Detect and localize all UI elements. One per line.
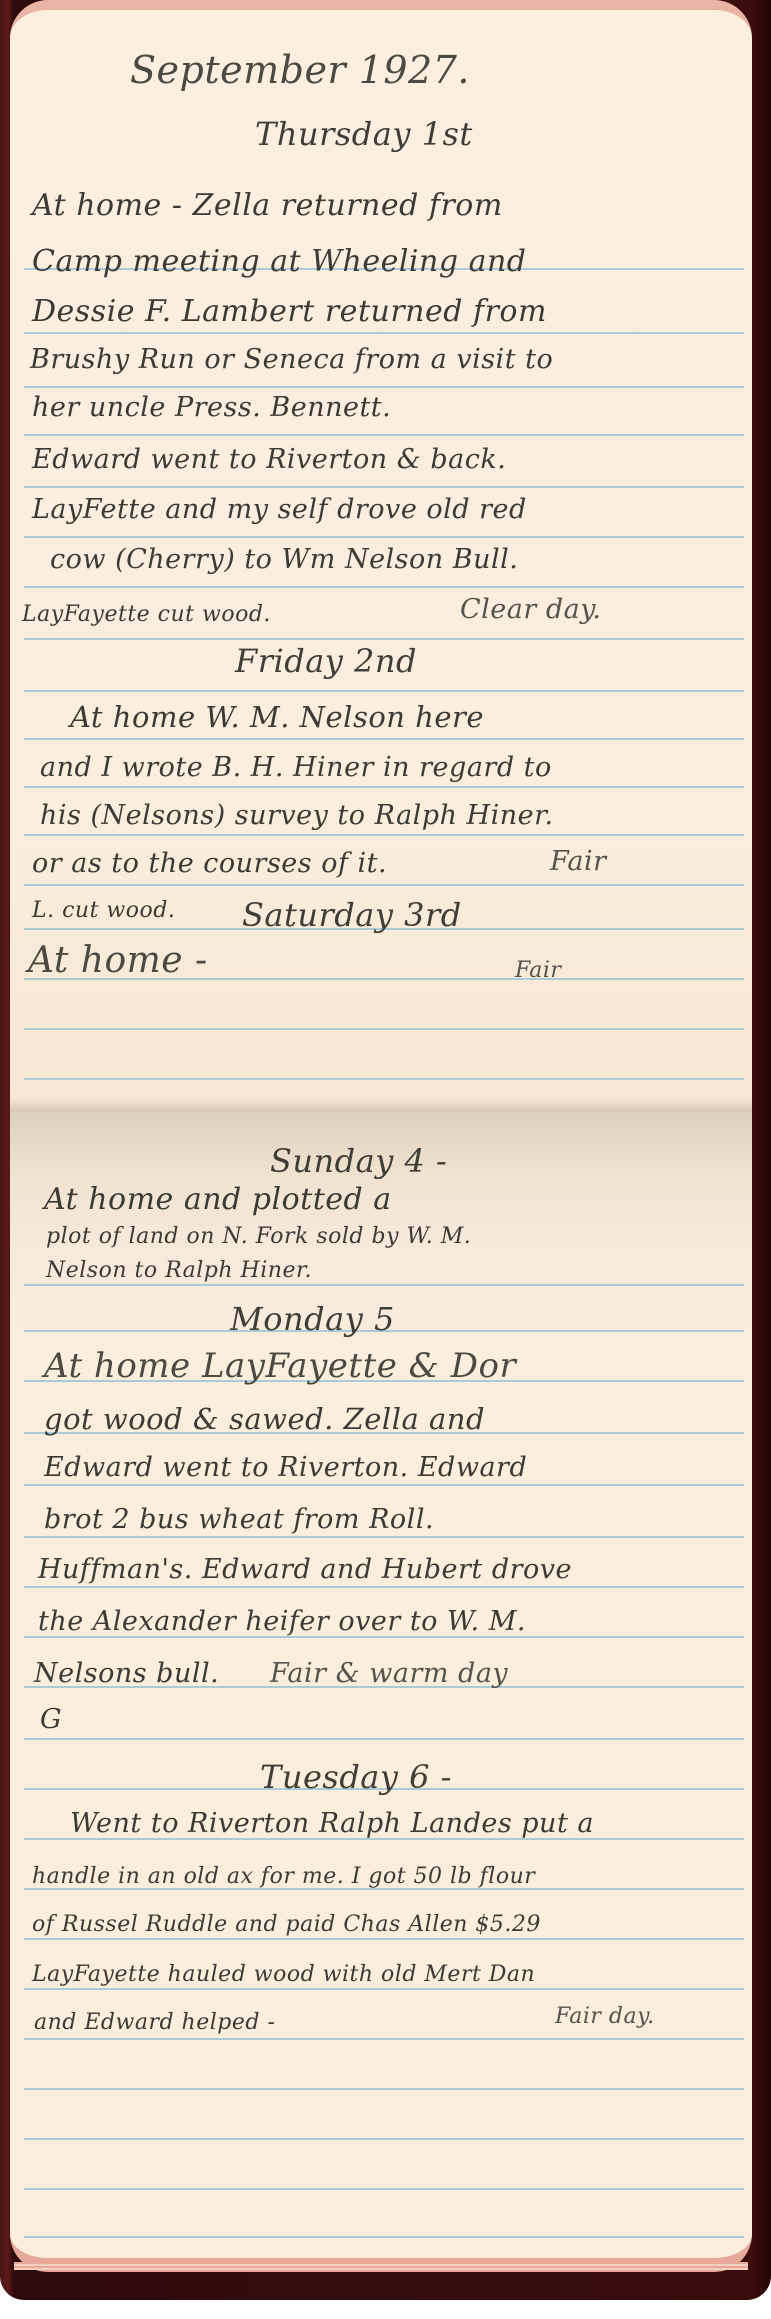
entry-line: At home - Zella returned from (32, 188, 503, 223)
entry-line: G (40, 1704, 62, 1735)
entry-line: got wood & sawed. Zella and (44, 1402, 485, 1436)
rule-line (24, 2038, 744, 2040)
entry-line: her uncle Press. Bennett. (32, 392, 391, 423)
rule-line (24, 884, 744, 886)
entry-line: At home - (28, 940, 208, 981)
entry-line: Nelson to Ralph Hiner. (46, 1258, 312, 1283)
entry-day-heading: Tuesday 6 - (260, 1758, 452, 1796)
entry-line: Nelsons bull. (34, 1658, 219, 1689)
entry-line: Edward went to Riverton & back. (32, 444, 506, 475)
entry-line: or as to the courses of it. (32, 848, 387, 879)
rule-line (24, 690, 744, 692)
weather-note: Fair day. (555, 2004, 655, 2029)
weather-note: Fair & warm day (270, 1658, 508, 1689)
rule-line (24, 786, 744, 788)
entry-line: Edward went to Riverton. Edward (44, 1452, 527, 1483)
rule-line (24, 1536, 744, 1538)
diary-page-bottom: Sunday 4 - At home and plotted a plot of… (10, 1112, 752, 2272)
entry-line: brot 2 bus wheat from Roll. (44, 1504, 434, 1535)
rule-line (24, 386, 744, 388)
entry-line: At home LayFayette & Dor (44, 1346, 516, 1386)
rule-line (24, 1078, 744, 1080)
rule-line (24, 486, 744, 488)
rule-line (24, 1938, 744, 1940)
rule-line (24, 1586, 744, 1588)
rule-line (24, 1028, 744, 1030)
rule-line (24, 2188, 744, 2190)
entry-day-heading: Friday 2nd (235, 642, 417, 680)
rule-line (24, 1738, 744, 1740)
entry-day-heading: Monday 5 (230, 1300, 395, 1338)
page-edges (14, 2262, 748, 2270)
entry-line: of Russel Ruddle and paid Chas Allen $5.… (32, 1912, 541, 1937)
entry-line: Brushy Run or Seneca from a visit to (30, 344, 553, 375)
entry-line: and I wrote B. H. Hiner in regard to (40, 752, 552, 783)
entry-line: Huffman's. Edward and Hubert drove (38, 1554, 572, 1585)
rule-line (24, 2236, 744, 2238)
entry-line: Went to Riverton Ralph Landes put a (70, 1808, 594, 1839)
entry-day-heading: Sunday 4 - (270, 1142, 447, 1180)
entry-line: his (Nelsons) survey to Ralph Hiner. (40, 800, 554, 831)
entry-line: Camp meeting at Wheeling and (32, 244, 527, 279)
entry-line: handle in an old ax for me. I got 50 lb … (32, 1864, 535, 1889)
entry-line: L. cut wood. (32, 898, 175, 923)
rule-line (24, 1284, 744, 1286)
weather-note: Fair (515, 958, 561, 983)
weather-note: Clear day. (460, 594, 602, 625)
rule-line (24, 638, 744, 640)
entry-line: the Alexander heifer over to W. M. (38, 1606, 526, 1637)
rule-line (24, 1484, 744, 1486)
rule-line (24, 1988, 744, 1990)
entry-line: LayFayette hauled wood with old Mert Dan (32, 1962, 535, 1987)
entry-line: and Edward helped - (34, 2010, 275, 2035)
entry-line: At home and plotted a (44, 1182, 392, 1217)
weather-note: Fair (550, 846, 607, 877)
entry-line: At home W. M. Nelson here (70, 700, 484, 734)
rule-line (24, 2088, 744, 2090)
rule-line (24, 332, 744, 334)
entry-line: Dessie F. Lambert returned from (32, 294, 547, 329)
entry-line: LayFette and my self drove old red (32, 494, 527, 525)
rule-line (24, 834, 744, 836)
rule-line (24, 434, 744, 436)
entry-day-heading: Thursday 1st (255, 115, 473, 153)
rule-line (24, 536, 744, 538)
rule-line (24, 2138, 744, 2140)
entry-line: cow (Cherry) to Wm Nelson Bull. (50, 544, 518, 575)
entry-line: plot of land on N. Fork sold by W. M. (46, 1224, 471, 1249)
diary-page-top: September 1927. Thursday 1st At home - Z… (10, 0, 752, 1112)
rule-line (24, 738, 744, 740)
entry-day-heading: Saturday 3rd (242, 896, 462, 934)
entry-line: LayFayette cut wood. (22, 602, 271, 627)
month-header: September 1927. (130, 48, 470, 92)
rule-line (24, 586, 744, 588)
